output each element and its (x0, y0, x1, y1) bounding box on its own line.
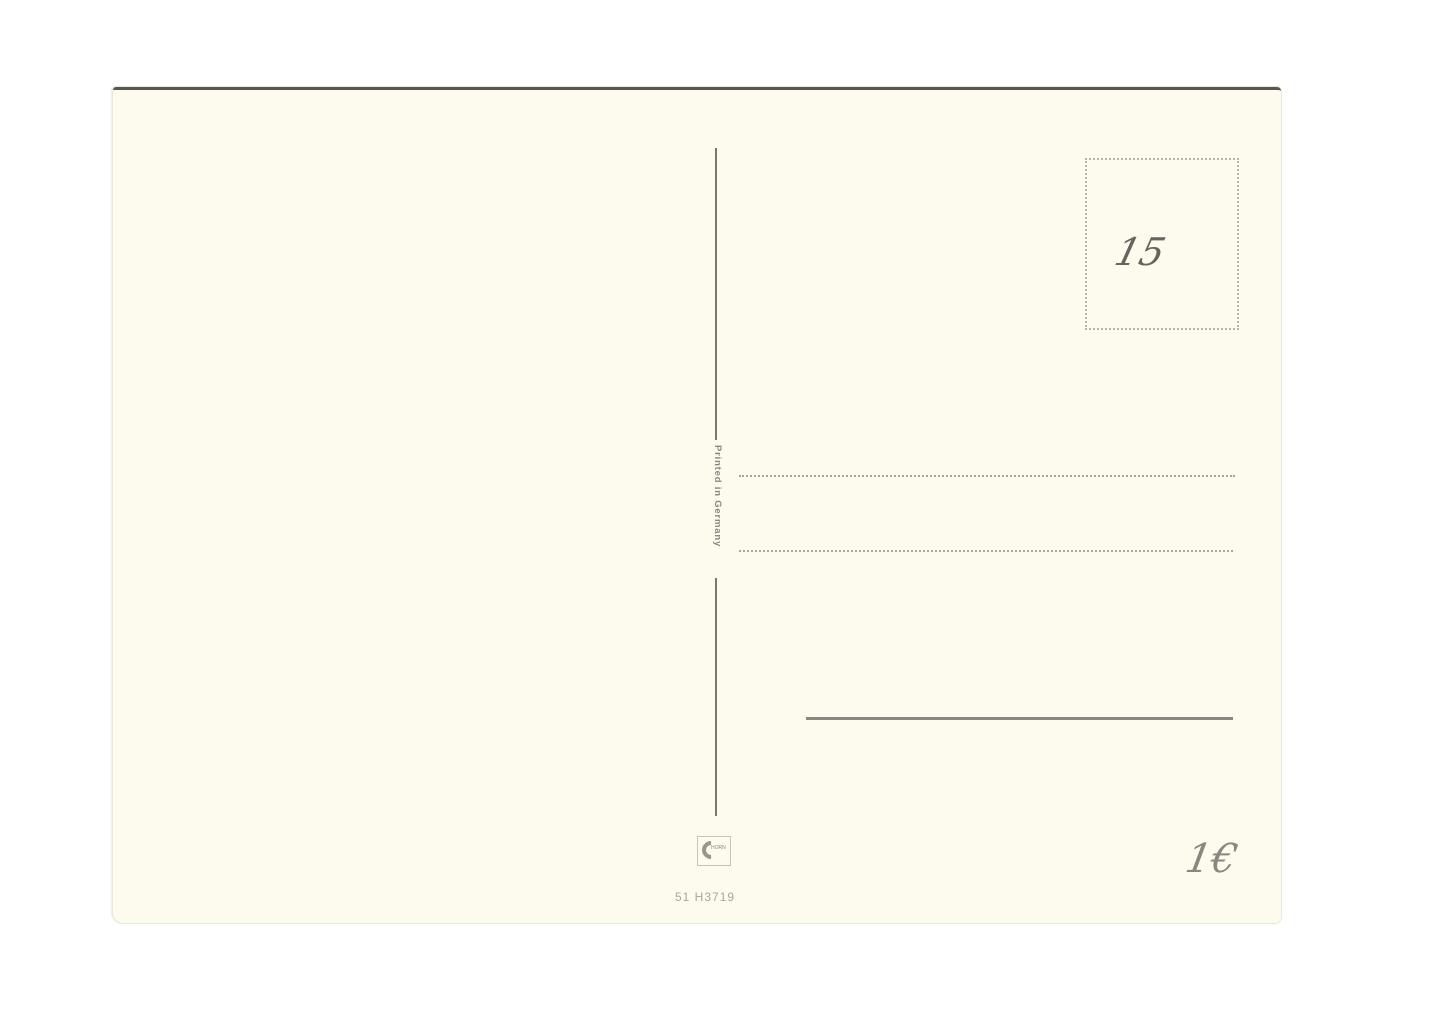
address-line-3 (806, 717, 1233, 720)
printed-in-germany-label: Printed in Germany (709, 445, 723, 547)
center-divider-bottom (715, 578, 717, 816)
address-line-2 (739, 550, 1233, 552)
postcard-back: Printed in Germany 15 HORN 51 H3719 1€ (113, 87, 1281, 923)
catalog-code: 51 H3719 (675, 890, 735, 904)
horn-logo-icon: HORN (697, 836, 731, 866)
handwritten-price: 1€ (1182, 836, 1241, 882)
center-divider-top (715, 148, 717, 440)
address-line-1 (739, 475, 1235, 477)
